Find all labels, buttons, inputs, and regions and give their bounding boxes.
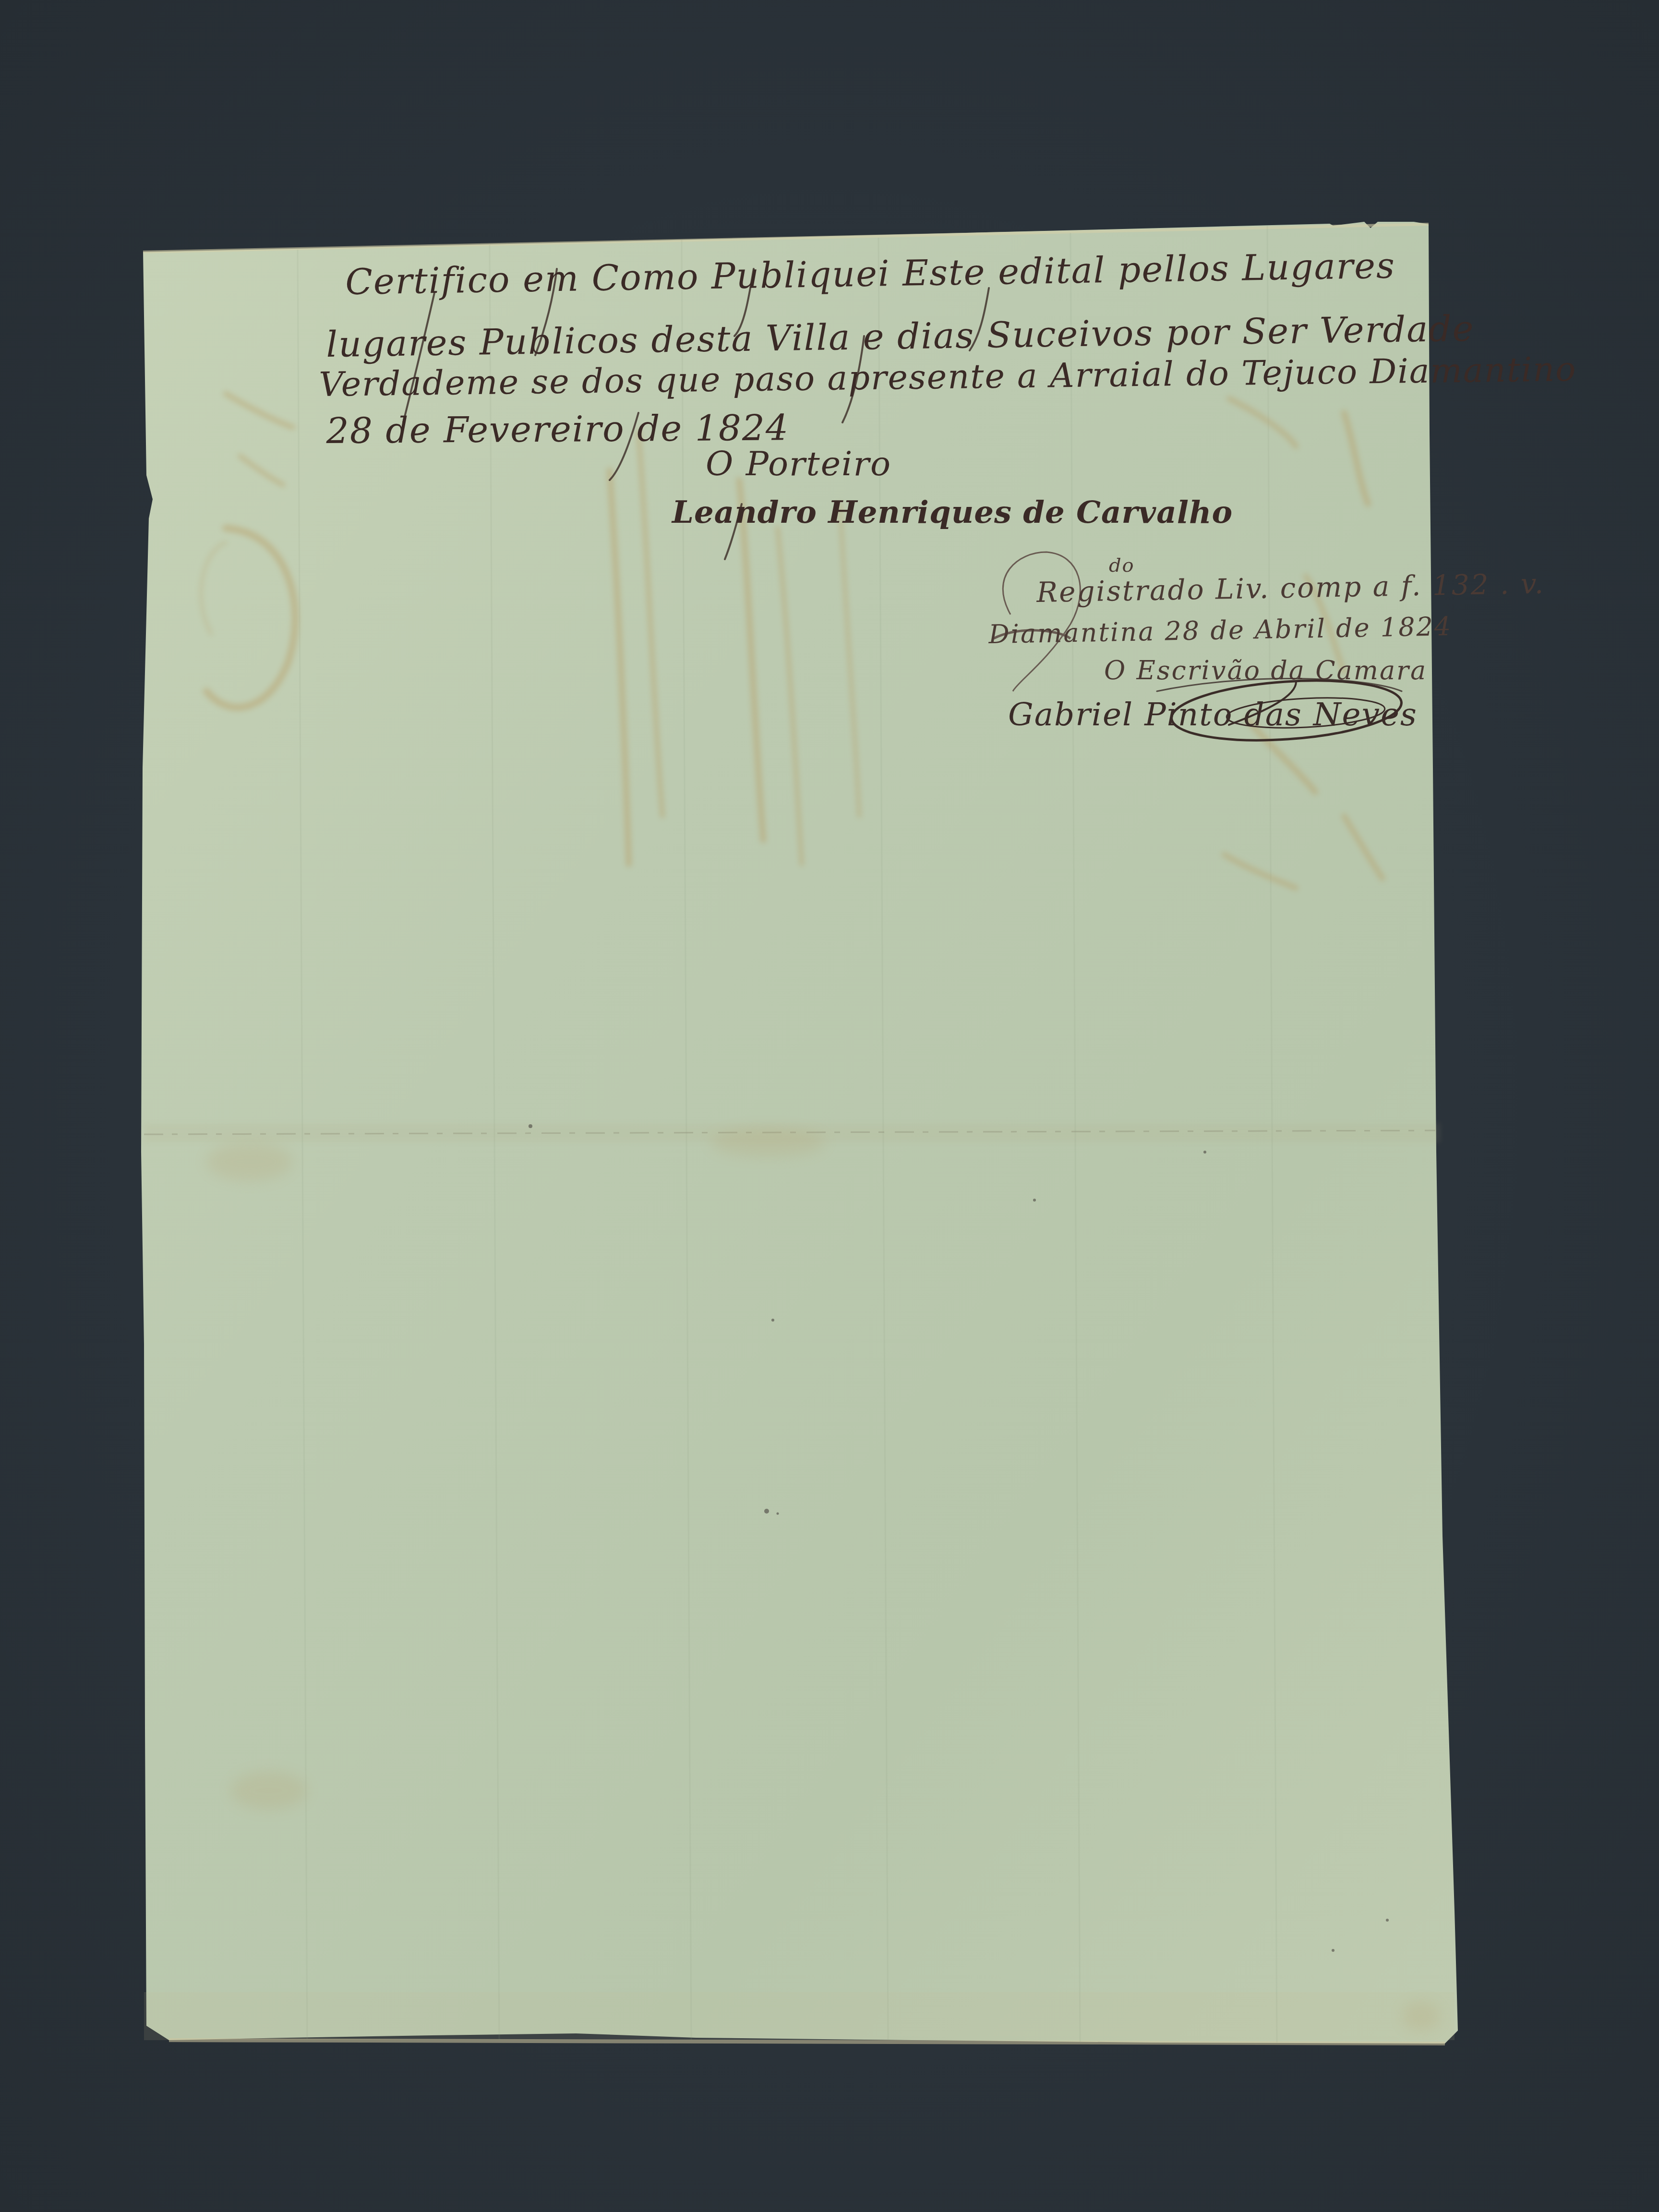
manuscript-sheet: Certifico em Como Publiquei Este edital …	[0, 0, 1659, 2212]
annotation-superscript: do	[1109, 554, 1135, 577]
signature-name: Leandro Henriques de Carvalho	[672, 494, 1233, 530]
signature-title: O Porteiro	[706, 444, 891, 483]
annotation-signature: Gabriel Pinto das Neves	[1008, 696, 1418, 733]
annotation-line-3: O Escrivão da Camara	[1104, 655, 1427, 685]
